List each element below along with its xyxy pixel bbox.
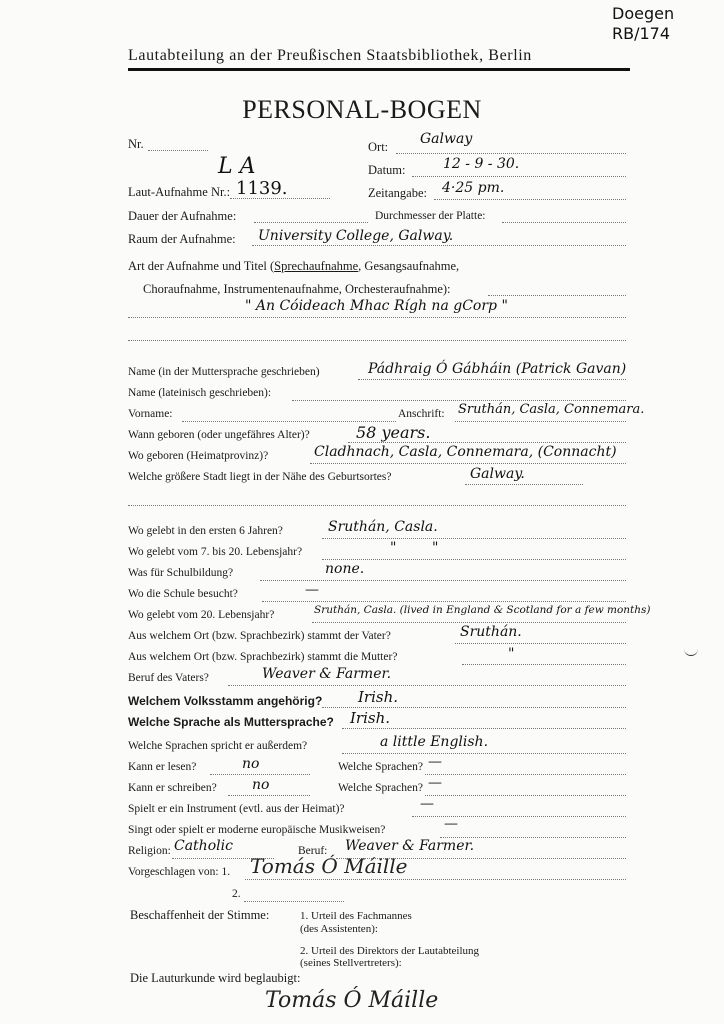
institution-header: Lautabteilung an der Preußischen Staatsb… — [128, 47, 532, 65]
urteil2-line2: (seines Stellvertreters): — [300, 957, 402, 969]
header-rule — [128, 68, 630, 71]
vater-ort-label: Aus welchem Ort (bzw. Sprachbezirk) stam… — [128, 630, 391, 642]
anschrift-value: Sruthán, Casla, Connemara. — [458, 402, 644, 417]
vorname-field[interactable] — [182, 421, 396, 422]
archive-reference-note: Doegen RB/174 — [612, 4, 674, 44]
first6-value: Sruthán, Casla. — [328, 519, 438, 535]
schule-field[interactable] — [260, 580, 626, 581]
schreiben-sprachen-value: — — [428, 775, 442, 791]
laut-nr-label: Laut-Aufnahme Nr.: — [128, 185, 230, 200]
beruf-vater-value: Weaver & Farmer. — [262, 666, 391, 682]
lesen-sprachen-value: — — [428, 754, 442, 770]
name-latin-label: Name (lateinisch geschrieben): — [128, 387, 271, 399]
sprachen-field[interactable] — [342, 753, 626, 754]
mutter-ort-label: Aus welchem Ort (bzw. Sprachbezirk) stam… — [128, 651, 397, 663]
pencil-mark — [684, 645, 698, 656]
first6-field[interactable] — [322, 538, 626, 539]
name-native-field[interactable] — [358, 379, 626, 380]
y7to20-field[interactable] — [322, 559, 626, 560]
vorgeschlagen-2-label: 2. — [232, 888, 241, 900]
urteil2-line1: 2. Urteil des Direktors der Lautabteilun… — [300, 945, 479, 957]
art-label-prefix: Art der Aufnahme und Titel ( — [128, 259, 274, 273]
musik-value: — — [444, 816, 458, 832]
instrument-value: — — [420, 796, 434, 812]
schreiben-field[interactable] — [228, 795, 310, 796]
name-latin-field[interactable] — [292, 400, 626, 401]
vater-ort-field[interactable] — [455, 643, 626, 644]
vorgeschlagen-1-signature: Tomás Ó Máille — [250, 854, 408, 878]
geboren-field[interactable] — [348, 442, 626, 443]
schule-wo-value: — — [305, 582, 319, 598]
lesen-label: Kann er lesen? — [128, 761, 196, 773]
urteil1-line2: (des Assistenten): — [300, 923, 378, 935]
lesen-sprachen-label: Welche Sprachen? — [338, 761, 423, 773]
schreiben-sprachen-label: Welche Sprachen? — [338, 782, 423, 794]
sprachen-value: a little English. — [380, 734, 488, 750]
stimme-label: Beschaffenheit der Stimme: — [130, 908, 269, 923]
stadt-label: Welche größere Stadt liegt in der Nähe d… — [128, 471, 391, 483]
schreiben-sprachen-field[interactable] — [425, 795, 626, 796]
beglaubigt-label: Die Lauturkunde wird beglaubigt: — [130, 971, 300, 986]
beruf-value: Weaver & Farmer. — [345, 838, 474, 854]
muttersprache-label: Welche Sprache als Muttersprache? — [128, 715, 334, 729]
datum-field[interactable] — [412, 176, 626, 177]
from20-field[interactable] — [312, 622, 626, 623]
dauer-field[interactable] — [254, 222, 368, 223]
vorgeschlagen-label: Vorgeschlagen von: 1. — [128, 866, 230, 878]
nr-label: Nr. — [128, 137, 144, 152]
religion-value: Catholic — [174, 838, 233, 854]
y7to20-value: " " — [390, 540, 438, 556]
zeitangabe-label: Zeitangabe: — [368, 186, 427, 201]
ort-field[interactable] — [396, 153, 626, 154]
wo-geboren-value: Cladhnach, Casla, Connemara, (Connacht) — [314, 444, 617, 460]
name-native-label: Name (in der Muttersprache geschrieben) — [128, 366, 320, 378]
schule-wo-label: Wo die Schule besucht? — [128, 588, 238, 600]
vorname-label: Vorname: — [128, 408, 173, 420]
musik-label: Singt oder spielt er moderne europäische… — [128, 824, 385, 836]
muttersprache-field[interactable] — [342, 728, 626, 729]
zeitangabe-field[interactable] — [434, 199, 626, 200]
stadt-value: Galway. — [470, 466, 525, 482]
datum-value: 12 - 9 - 30. — [443, 156, 519, 172]
vorgeschlagen-2-field[interactable] — [244, 901, 344, 902]
wo-geboren-field[interactable] — [310, 463, 626, 464]
laut-nr-value: 1139. — [236, 178, 288, 199]
durchmesser-field[interactable] — [502, 222, 626, 223]
lesen-value: no — [242, 756, 259, 772]
anschrift-field[interactable] — [455, 421, 626, 422]
wo-geboren-label: Wo geboren (Heimatprovinz)? — [128, 450, 268, 462]
y7to20-label: Wo gelebt vom 7. bis 20. Lebensjahr? — [128, 546, 302, 558]
laut-nr-prefix: L A — [218, 154, 256, 179]
vater-ort-value: Sruthán. — [460, 624, 522, 640]
document-title: PERSONAL-BOGEN — [0, 95, 724, 125]
sprachen-label: Welche Sprachen spricht er außerdem? — [128, 740, 307, 752]
name-native-value: Pádhraig Ó Gábháin (Patrick Gavan) — [368, 361, 626, 377]
art-label-line2: Choraufnahme, Instrumentenaufnahme, Orch… — [143, 282, 451, 297]
religion-label: Religion: — [128, 845, 171, 857]
title-field-line2[interactable] — [128, 340, 626, 341]
geboren-value: 58 years. — [356, 423, 430, 442]
art-selected-option: Sprechaufnahme — [274, 259, 358, 273]
from20-value: Sruthán, Casla. (lived in England & Scot… — [314, 604, 651, 616]
lesen-sprachen-field[interactable] — [425, 774, 626, 775]
certifying-signature: Tomás Ó Máille — [265, 988, 438, 1013]
urteil1-line1: 1. Urteil des Fachmannes — [300, 910, 412, 922]
volksstamm-label: Welchem Volksstamm angehörig? — [128, 694, 322, 708]
mutter-ort-field[interactable] — [462, 664, 626, 665]
art-label-line1: Art der Aufnahme und Titel (Sprechaufnah… — [128, 259, 459, 274]
nr-field[interactable] — [148, 150, 208, 151]
blank-line — [128, 505, 626, 506]
stadt-field[interactable] — [465, 484, 583, 485]
anschrift-label: Anschrift: — [398, 408, 445, 420]
raum-value: University College, Galway. — [258, 228, 453, 244]
art-field[interactable] — [488, 295, 626, 296]
zeitangabe-value: 4·25 pm. — [442, 180, 504, 196]
instrument-label: Spielt er ein Instrument (evtl. aus der … — [128, 803, 345, 815]
volksstamm-value: Irish. — [358, 688, 398, 706]
title-field-line1[interactable] — [128, 317, 626, 318]
title-value: " An Cóideach Mhac Rígh na gCorp " — [245, 298, 508, 314]
art-label-suffix: , Gesangsaufnahme, — [358, 259, 459, 273]
durchmesser-label: Durchmesser der Platte: — [375, 210, 486, 222]
volksstamm-field[interactable] — [322, 707, 626, 708]
ort-label: Ort: — [368, 140, 388, 155]
vorgeschlagen-1-field[interactable] — [245, 879, 626, 880]
geboren-label: Wann geboren (oder ungefähres Alter)? — [128, 429, 310, 441]
from20-label: Wo gelebt vom 20. Lebensjahr? — [128, 609, 274, 621]
schule-wo-field[interactable] — [262, 601, 626, 602]
beruf-vater-label: Beruf des Vaters? — [128, 672, 209, 684]
mutter-ort-value: " — [508, 646, 514, 662]
muttersprache-value: Irish. — [350, 709, 390, 727]
ort-value: Galway — [420, 131, 472, 147]
first6-label: Wo gelebt in den ersten 6 Jahren? — [128, 525, 283, 537]
datum-label: Datum: — [368, 163, 406, 178]
lesen-field[interactable] — [210, 774, 310, 775]
schule-label: Was für Schulbildung? — [128, 567, 233, 579]
schreiben-label: Kann er schreiben? — [128, 782, 217, 794]
schule-value: none. — [325, 561, 364, 577]
raum-label: Raum der Aufnahme: — [128, 232, 236, 247]
schreiben-value: no — [252, 777, 269, 793]
dauer-label: Dauer der Aufnahme: — [128, 209, 236, 224]
raum-field[interactable] — [252, 245, 626, 246]
beruf-vater-field[interactable] — [228, 685, 626, 686]
